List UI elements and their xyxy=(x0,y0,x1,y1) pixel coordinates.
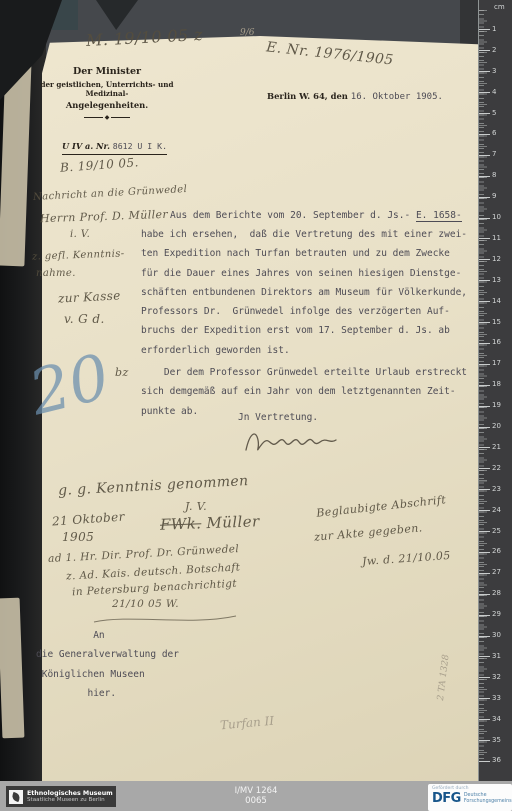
digitized-document-viewer: { "colors": { "paper": "#e8e0c7", "backd… xyxy=(0,0,512,811)
ruler-tick xyxy=(479,677,490,678)
ruler-tick xyxy=(479,29,490,30)
ruler-label: 20 xyxy=(492,422,510,430)
ruler-label: 8 xyxy=(492,171,510,179)
letterhead-line1: Der Minister xyxy=(40,66,174,77)
ruler-label: 5 xyxy=(492,109,510,117)
ruler-label: 10 xyxy=(492,213,510,221)
dfg-name-line2: Forschungsgemeinschaft xyxy=(464,799,512,804)
ruler-tick xyxy=(479,719,490,720)
museum-name: Ethnologisches Museum xyxy=(27,790,113,798)
ruler-label: 4 xyxy=(492,88,510,96)
ruler-tick xyxy=(479,301,490,302)
ruler-tick xyxy=(479,259,490,260)
pencil-fraction-note: 9/6 xyxy=(240,28,254,38)
ruler-label: 34 xyxy=(492,715,510,723)
shelfmark-block: I/MV 1264 0065 xyxy=(196,786,316,806)
museum-name-block: Ethnologisches Museum Staatliche Museen … xyxy=(27,790,113,804)
ruler-tick xyxy=(479,406,490,407)
body-line-1-reference: E. 1658- xyxy=(416,210,462,222)
dateline: Berlin W. 64, den 16. Oktober 1905. xyxy=(267,84,443,103)
ornament-diamond-icon: ◆ xyxy=(103,114,112,121)
dateline-typed: 16. Oktober 1905. xyxy=(351,92,443,102)
dateline-printed: Berlin W. 64, den xyxy=(267,91,351,101)
body-line-1-text: Aus dem Berichte vom 20. September d. Js… xyxy=(170,210,416,221)
file-ref-value: 8612 U I K. xyxy=(113,141,167,151)
dfg-logo: DFG xyxy=(432,792,461,805)
ruler-label: 16 xyxy=(492,338,510,346)
divider-ornament: ◆ xyxy=(84,114,130,121)
ruler-tick xyxy=(479,573,490,574)
scan-page-number: 0065 xyxy=(196,796,316,806)
ruler-tick xyxy=(479,636,490,637)
ruler-tick xyxy=(479,468,490,469)
signature-scribble xyxy=(240,424,350,458)
ruler-tick xyxy=(479,531,490,532)
ruler-label: 3 xyxy=(492,67,510,75)
ruler-label: 23 xyxy=(492,485,510,493)
file-ref-label: U IV a. Nr. xyxy=(62,141,113,151)
ad-note-4: 21/10 05 W. xyxy=(112,598,179,610)
ruler-tick xyxy=(479,71,490,72)
ruler-label: 9 xyxy=(492,192,510,200)
body-line-1: Aus dem Berichte vom 20. September d. Js… xyxy=(170,206,462,225)
ruler-label: 24 xyxy=(492,506,510,514)
ruler-label: 26 xyxy=(492,547,510,555)
ruler-tick xyxy=(479,197,490,198)
ruler-tick xyxy=(479,615,490,616)
ruler-label: 7 xyxy=(492,150,510,158)
ruler-tick xyxy=(479,510,490,511)
ministry-letterhead: Der Minister der geistlichen, Unterricht… xyxy=(40,66,174,121)
ruler-label: 18 xyxy=(492,380,510,388)
ruler-label: 31 xyxy=(492,652,510,660)
ruler-label: 30 xyxy=(492,631,510,639)
ruler-tick xyxy=(479,343,490,344)
ruler-label: 15 xyxy=(492,318,510,326)
ruler-label: 14 xyxy=(492,297,510,305)
dfg-logo-box: Gefördert durch DFG Deutsche Forschungsg… xyxy=(428,784,512,811)
ruler-label: 29 xyxy=(492,610,510,618)
ruler-tick xyxy=(479,385,490,386)
ruler-tick xyxy=(479,322,490,323)
ruler-tick xyxy=(479,656,490,657)
museum-subtitle: Staatliche Museen zu Berlin xyxy=(27,797,113,804)
body-paragraph-1: habe ich ersehen, daß die Vertretung des… xyxy=(141,225,467,360)
mueller-signature: FWk. Müller xyxy=(160,512,260,533)
ruler-label: 13 xyxy=(492,276,510,284)
ruler-tick xyxy=(479,447,490,448)
ruler-label: 6 xyxy=(492,129,510,137)
ruler-label: 35 xyxy=(492,736,510,744)
ruler-tick xyxy=(479,364,490,365)
ruler-label: 22 xyxy=(492,464,510,472)
ruler-label: 19 xyxy=(492,401,510,409)
flourish-underline xyxy=(90,612,240,626)
mueller-signature-struck: FWk. xyxy=(160,514,202,533)
letterhead-line2: der geistlichen, Unterrichts- und Medizi… xyxy=(40,80,174,98)
ruler-label: 12 xyxy=(492,255,510,263)
ruler-tick xyxy=(479,761,490,762)
ruler-label: 1 xyxy=(492,25,510,33)
ruler-tick xyxy=(479,113,490,114)
cm-ruler: cm 1234567891011121314151617181920212223… xyxy=(478,0,512,781)
ruler-label: 2 xyxy=(492,46,510,54)
ruler-tick xyxy=(479,552,490,553)
margin-initials: bz xyxy=(115,366,129,379)
ruler-tick xyxy=(479,489,490,490)
ruler-label: 32 xyxy=(492,673,510,681)
jv-note: J. V. xyxy=(185,500,207,513)
ruler-tick xyxy=(479,427,490,428)
ruler-label: 28 xyxy=(492,589,510,597)
dfg-logo-row: DFG Deutsche Forschungsgemeinschaft xyxy=(432,792,512,805)
ruler-label: 11 xyxy=(492,234,510,242)
date-note-line2: 1905 xyxy=(62,530,94,544)
ruler-unit-label: cm xyxy=(494,3,505,11)
ruler-tick xyxy=(479,176,490,177)
ruler-half-ticks xyxy=(479,10,487,762)
address-block: An die Generalverwaltung der Königlichen… xyxy=(36,626,179,703)
ruler-tick xyxy=(479,238,490,239)
margin-note-5: nahme. xyxy=(36,268,76,279)
museum-logo-icon xyxy=(9,790,23,804)
ruler-label: 33 xyxy=(492,694,510,702)
ruler-tick xyxy=(479,594,490,595)
ruler-label: 36 xyxy=(492,756,510,764)
ruler-label: 17 xyxy=(492,359,510,367)
ruler-label: 21 xyxy=(492,443,510,451)
ruler-tick xyxy=(479,740,490,741)
mueller-signature-name: Müller xyxy=(201,512,260,532)
dfg-name-block: Deutsche Forschungsgemeinschaft xyxy=(464,793,512,804)
ruler-tick xyxy=(479,50,490,51)
ruler-tick xyxy=(479,698,490,699)
museum-logo-box: Ethnologisches Museum Staatliche Museen … xyxy=(6,786,116,807)
margin-note-3: i. V. xyxy=(70,229,90,240)
ruler-tick xyxy=(479,134,490,135)
file-reference-line: U IV a. Nr. 8612 U I K. xyxy=(62,134,167,155)
shelfmark-id: I/MV 1264 xyxy=(196,786,316,796)
ruler-tick xyxy=(479,155,490,156)
ruler-label: 27 xyxy=(492,568,510,576)
ruler-tick xyxy=(479,218,490,219)
ruler-label: 25 xyxy=(492,527,510,535)
ruler-tick xyxy=(479,92,490,93)
letterhead-line3: Angelegenheiten. xyxy=(40,100,174,110)
ruler-tick xyxy=(479,280,490,281)
margin-note-7: v. G d. xyxy=(64,312,105,326)
